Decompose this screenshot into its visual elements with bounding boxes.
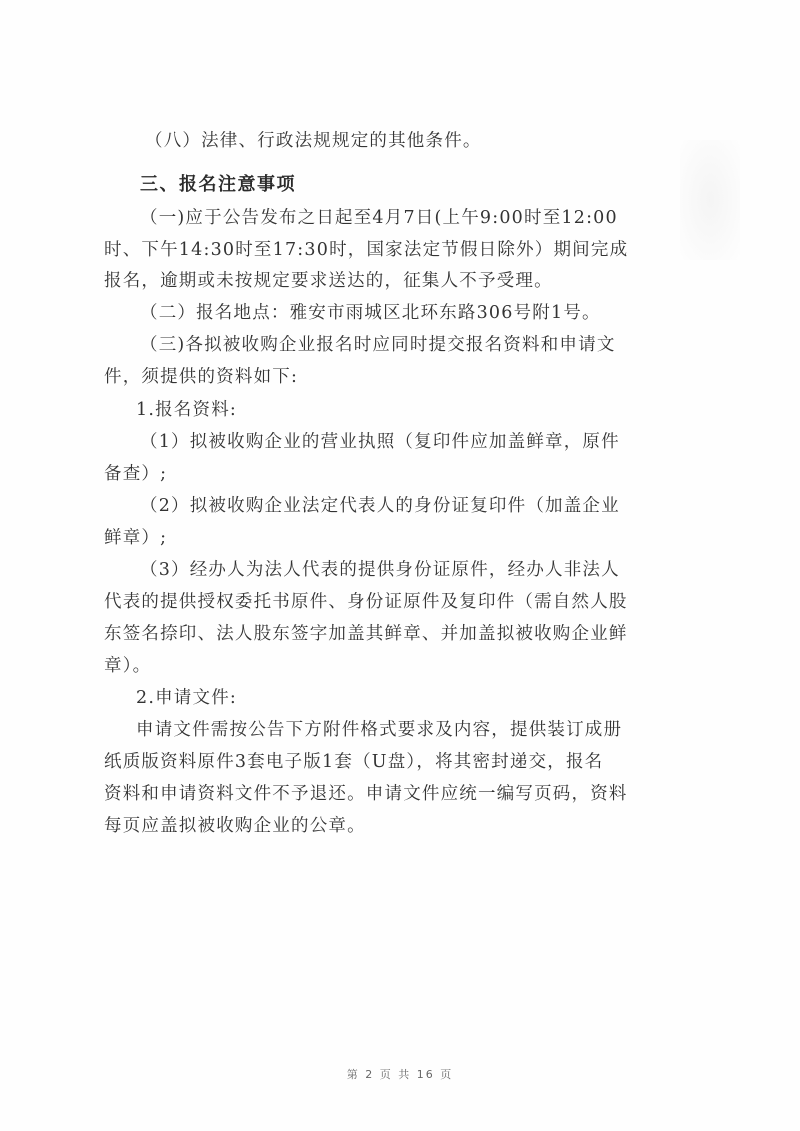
clause-2-registration-location: （二）报名地点：雅安市雨城区北环东路306号附1号。 — [140, 302, 601, 324]
section-heading-registration-notes: 三、报名注意事项 — [140, 174, 296, 196]
item-3-agent-documents-cont: 代表的提供授权委托书原件、身份证原件及复印件（需自然人股 — [104, 591, 628, 613]
application-documents-paragraph-cont: 纸质版资料原件3套电子版1套（U盘），将其密封递交，报名 — [104, 751, 603, 773]
clause-1-registration-period: （一)应于公告发布之日起至4月7日(上午9:00时至12:00 — [140, 207, 618, 229]
scan-smudge — [680, 140, 740, 260]
item-1-business-license: （1）拟被收购企业的营业执照（复印件应加盖鲜章，原件 — [140, 431, 620, 453]
item-3-agent-documents-cont3: 章）。 — [104, 655, 151, 677]
item-3-agent-documents-cont2: 东签名捺印、法人股东签字加盖其鲜章、并加盖拟被收购企业鲜 — [104, 623, 628, 645]
item-2-legal-rep-id: （2）拟被收购企业法定代表人的身份证复印件（加盖企业 — [140, 495, 620, 517]
clause-8-other-conditions: （八）法律、行政法规规定的其他条件。 — [145, 130, 482, 152]
application-documents-paragraph-cont3: 每页应盖拟被收购企业的公章。 — [104, 815, 366, 837]
clause-3-submission-requirements: （三)各拟被收购企业报名时应同时提交报名资料和申请文 — [140, 334, 616, 356]
item-1-business-license-cont: 备查）; — [104, 463, 167, 485]
clause-3-submission-requirements-cont: 件，须提供的资料如下: — [104, 366, 298, 388]
page-number-footer: 第 2 页 共 16 页 — [0, 1066, 800, 1082]
subheading-registration-materials: 1.报名资料: — [136, 399, 237, 421]
clause-1-registration-period-cont2: 报名，逾期或未按规定要求送达的，征集人不予受理。 — [104, 270, 553, 292]
clause-1-registration-period-cont: 时、下午14:30时至17:30时，国家法定节假日除外）期间完成 — [104, 239, 628, 261]
document-page: （八）法律、行政法规规定的其他条件。 三、报名注意事项 （一)应于公告发布之日起… — [0, 0, 800, 1131]
item-2-legal-rep-id-cont: 鲜章）; — [104, 527, 167, 549]
subheading-application-documents: 2.申请文件: — [136, 687, 237, 709]
item-3-agent-documents: （3）经办人为法人代表的提供身份证原件，经办人非法人 — [140, 559, 620, 581]
application-documents-paragraph-cont2: 资料和申请资料文件不予退还。申请文件应统一编写页码，资料 — [104, 783, 628, 805]
application-documents-paragraph: 申请文件需按公告下方附件格式要求及内容，提供装订成册 — [136, 719, 622, 741]
